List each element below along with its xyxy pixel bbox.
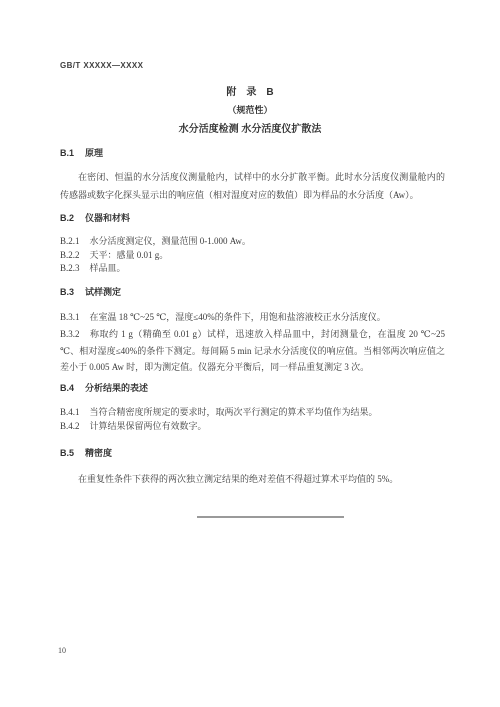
standard-number: GB/T XXXXX—XXXX bbox=[60, 61, 143, 70]
clause-number: B.2.3 bbox=[60, 263, 90, 273]
section-number: B.3 bbox=[60, 287, 85, 297]
section-title: 精密度 bbox=[85, 448, 112, 458]
document-page: GB/T XXXXX—XXXX 附 录 B （规范性） 水分活度检测 水分活度仪… bbox=[0, 0, 500, 707]
clause-item: B.3.2称取约 1 g（精确至 0.01 g）试样，迅速放入样品皿中，封闭测量… bbox=[60, 326, 445, 376]
clause-number: B.4.2 bbox=[60, 421, 90, 431]
section-number: B.4 bbox=[60, 383, 85, 393]
section-heading-b5: B.5精密度 bbox=[60, 446, 445, 459]
clause-item: B.4.1当符合精密度所规定的要求时，取两次平行测定的算术平均值作为结果。 bbox=[60, 406, 445, 420]
annex-document-title: 水分活度检测 水分活度仪扩散法 bbox=[0, 120, 500, 135]
section-number: B.1 bbox=[60, 148, 85, 158]
section-heading-b3: B.3试样测定 bbox=[60, 285, 445, 298]
clause-item: B.2.2天平：感量 0.01 g。 bbox=[60, 249, 445, 263]
section-b3-body: B.3.1在室温 18 ℃~25 ℃，湿度≤40%的条件下，用饱和盐溶液校正水分… bbox=[60, 309, 445, 376]
section-b4-body: B.4.1当符合精密度所规定的要求时，取两次平行测定的算术平均值作为结果。 B.… bbox=[60, 406, 445, 433]
clause-text: 在室温 18 ℃~25 ℃，湿度≤40%的条件下，用饱和盐溶液校正水分活度仪。 bbox=[90, 312, 386, 322]
clause-number: B.2.2 bbox=[60, 250, 90, 260]
clause-number: B.3.2 bbox=[60, 329, 90, 339]
section-b2-body: B.2.1水分活度测定仪，测量范围 0-1.000 Aw。 B.2.2天平：感量… bbox=[60, 235, 445, 276]
section-title: 原理 bbox=[85, 148, 103, 158]
page-number: 10 bbox=[58, 646, 66, 655]
section-b5-body: 在重复性条件下获得的两次独立测定结果的绝对差值不得超过算术平均值的 5%。 bbox=[60, 471, 445, 489]
section-title: 仪器和材料 bbox=[85, 213, 130, 223]
section-heading-b1: B.1原理 bbox=[60, 146, 445, 159]
annex-title: 附 录 B bbox=[0, 83, 500, 98]
clause-number: B.2.1 bbox=[60, 236, 90, 246]
section-title: 分析结果的表述 bbox=[85, 383, 148, 393]
clause-item: B.2.1水分活度测定仪，测量范围 0-1.000 Aw。 bbox=[60, 235, 445, 249]
section-b1-body: 在密闭、恒温的水分活度仪测量舱内，试样中的水分扩散平衡。此时水分活度仪测量舱内的… bbox=[60, 169, 445, 204]
clause-text: 称取约 1 g（精确至 0.01 g）试样，迅速放入样品皿中，封闭测量仓，在温度… bbox=[60, 329, 445, 373]
paragraph: 在重复性条件下获得的两次独立测定结果的绝对差值不得超过算术平均值的 5%。 bbox=[60, 471, 445, 489]
paragraph: 在密闭、恒温的水分活度仪测量舱内，试样中的水分扩散平衡。此时水分活度仪测量舱内的… bbox=[60, 169, 445, 204]
clause-text: 计算结果保留两位有效数字。 bbox=[90, 421, 207, 431]
clause-item: B.2.3样品皿。 bbox=[60, 262, 445, 276]
clause-text: 当符合精密度所规定的要求时，取两次平行测定的算术平均值作为结果。 bbox=[90, 407, 378, 417]
clause-text: 天平：感量 0.01 g。 bbox=[90, 250, 169, 260]
clause-item: B.3.1在室温 18 ℃~25 ℃，湿度≤40%的条件下，用饱和盐溶液校正水分… bbox=[60, 309, 445, 326]
clause-text: 样品皿。 bbox=[90, 263, 126, 273]
section-number: B.5 bbox=[60, 448, 85, 458]
section-heading-b4: B.4分析结果的表述 bbox=[60, 381, 445, 394]
section-title: 试样测定 bbox=[85, 287, 121, 297]
clause-item: B.4.2计算结果保留两位有效数字。 bbox=[60, 420, 445, 434]
clause-number: B.3.1 bbox=[60, 312, 90, 322]
section-heading-b2: B.2仪器和材料 bbox=[60, 211, 445, 224]
end-of-document-rule bbox=[197, 516, 344, 518]
clause-number: B.4.1 bbox=[60, 407, 90, 417]
annex-normative-label: （规范性） bbox=[0, 103, 500, 116]
clause-text: 水分活度测定仪，测量范围 0-1.000 Aw。 bbox=[90, 236, 251, 246]
section-number: B.2 bbox=[60, 213, 85, 223]
